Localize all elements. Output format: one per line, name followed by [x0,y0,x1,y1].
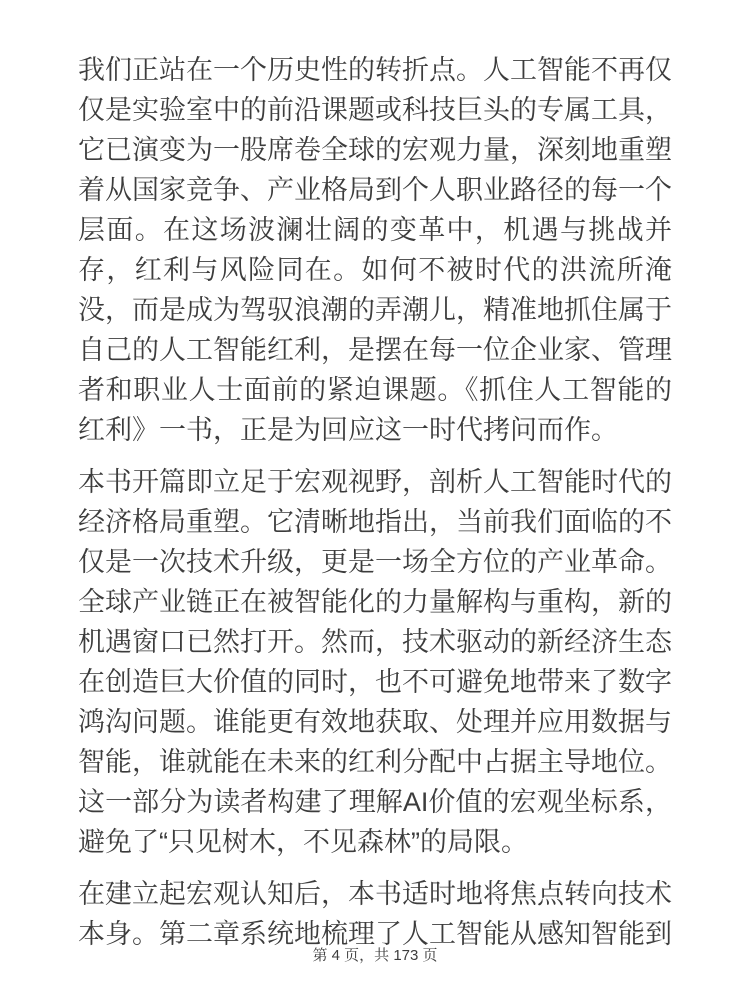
document-page: 我们正站在一个历史性的转折点。人工智能不再仅仅是实验室中的前沿课题或科技巨头的专… [0,0,750,1000]
page-footer: 第 4 页，共 173 页 [0,947,750,965]
body-paragraph-3: 在建立起宏观认知后，本书适时地将焦点转向技术本身。第二章系统地梳理了人工智能从感… [78,874,672,954]
body-paragraph-1: 我们正站在一个历史性的转折点。人工智能不再仅仅是实验室中的前沿课题或科技巨头的专… [78,50,672,450]
body-paragraph-2: 本书开篇即立足于宏观视野，剖析人工智能时代的经济格局重塑。它清晰地指出，当前我们… [78,462,672,862]
page-number-label: 第 4 页，共 173 页 [312,947,437,964]
document-body: 我们正站在一个历史性的转折点。人工智能不再仅仅是实验室中的前沿课题或科技巨头的专… [78,50,672,966]
